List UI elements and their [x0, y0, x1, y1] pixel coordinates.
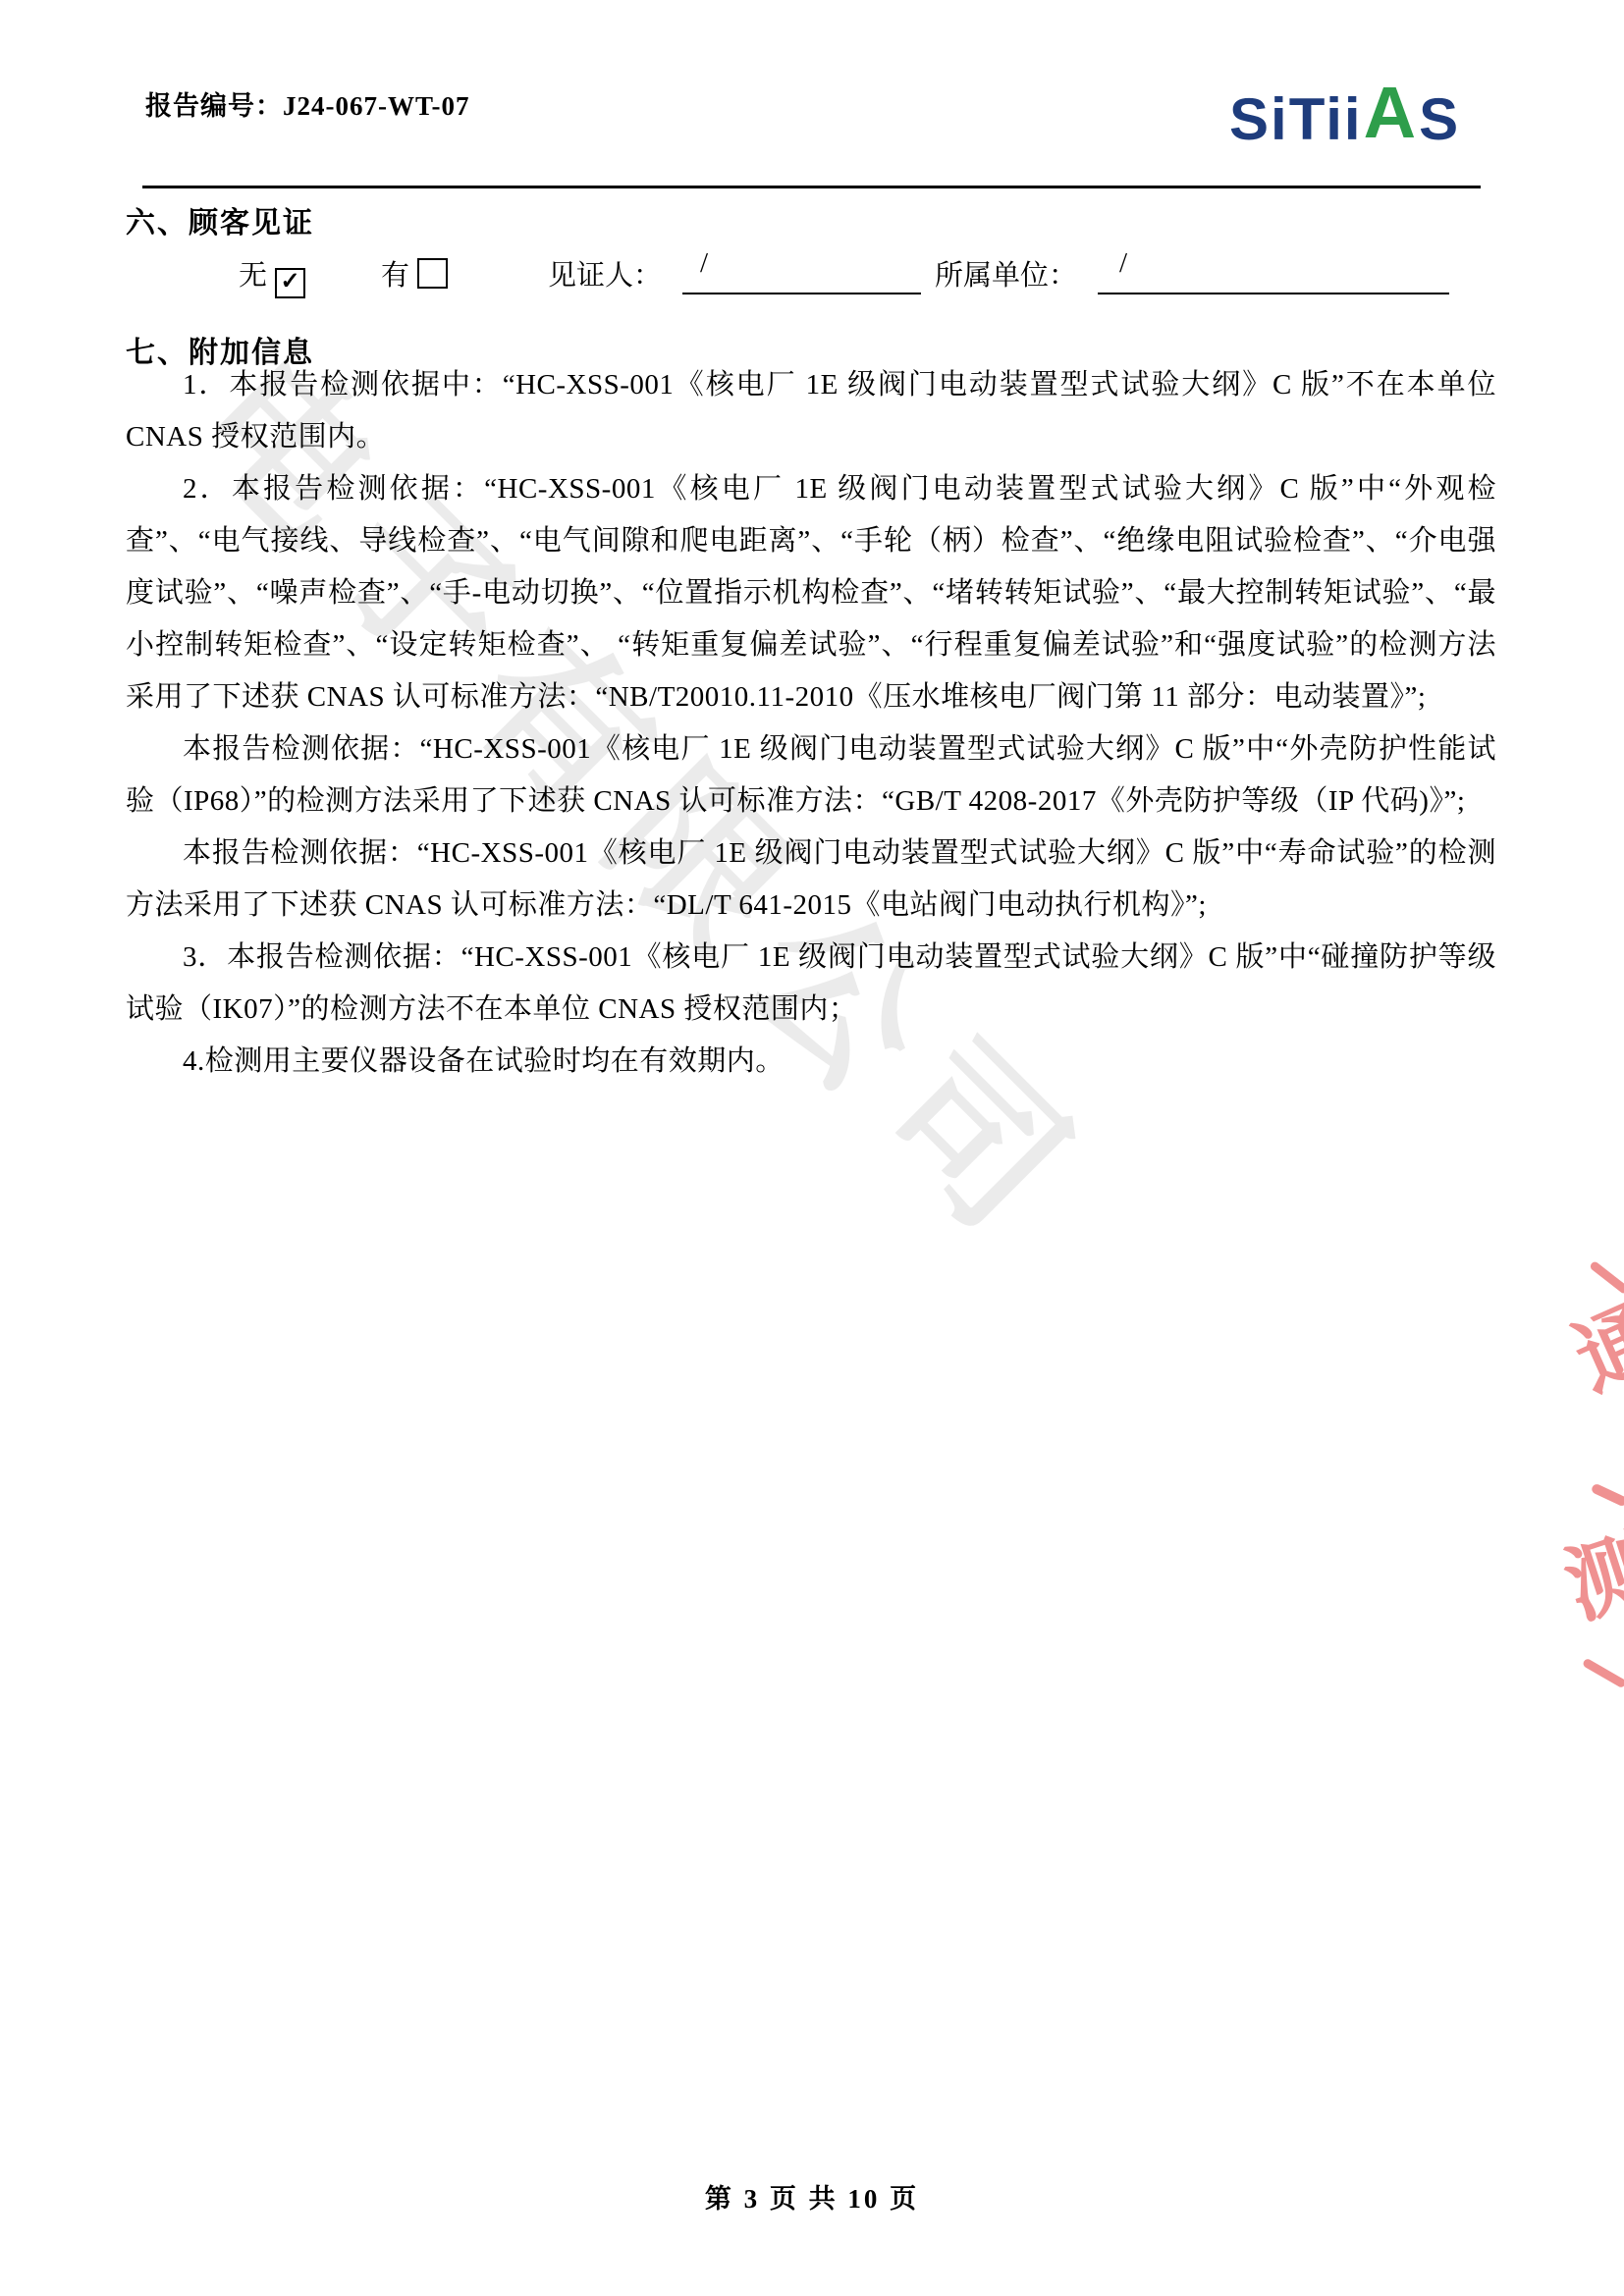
witness-org-field: / [1098, 247, 1449, 294]
stamp-character-fragment: 测 [1556, 1524, 1624, 1630]
logo-text-right: S [1419, 90, 1460, 149]
checkbox-has-empty-icon[interactable] [417, 258, 448, 289]
additional-info-paragraph: 2．本报告检测依据：“HC-XSS-001《核电厂 1E 级阀门电动装置型式试验… [126, 463, 1496, 723]
witness-none-option: 无✓ [239, 253, 305, 298]
witness-org-label: 所属单位： [935, 253, 1077, 294]
section-title-customer-witness: 六、顾客见证 [126, 198, 314, 241]
logo-text-left: SiTii [1229, 90, 1363, 149]
stamp-arc-stroke [1589, 1260, 1624, 1295]
additional-info-paragraph: 本报告检测依据：“HC-XSS-001《核电厂 1E 级阀门电动装置型式试验大纲… [126, 828, 1496, 932]
witness-has-option: 有 [381, 253, 448, 294]
logo-text-mid: A [1364, 77, 1418, 149]
additional-info-paragraph: 4.检测用主要仪器设备在试验时均在有效期内。 [126, 1036, 1496, 1088]
witness-person-field: / [682, 247, 921, 294]
witness-has-label: 有 [381, 260, 409, 292]
witness-row: 无✓ 有 见证人： / 所属单位： / [0, 253, 1624, 312]
witness-person-label: 见证人： [548, 253, 662, 294]
stamp-arc-stroke [1582, 1658, 1624, 1689]
document-page: 电子有限公司 报告编号：J24-067-WT-07 SiTii A S 六、顾客… [0, 0, 1624, 2296]
additional-info-paragraph: 本报告检测依据：“HC-XSS-001《核电厂 1E 级阀门电动装置型式试验大纲… [126, 723, 1496, 828]
header-divider [142, 186, 1481, 188]
stamp-arc-stroke [1591, 1482, 1624, 1507]
sitiias-logo: SiTii A S [1229, 77, 1460, 149]
page-footer: 第 3 页 共 10 页 [0, 2177, 1624, 2216]
additional-info-body: 1．本报告检测依据中：“HC-XSS-001《核电厂 1E 级阀门电动装置型式试… [126, 359, 1496, 1088]
stamp-character-fragment: 通 [1563, 1292, 1624, 1404]
additional-info-paragraph: 3．本报告检测依据：“HC-XSS-001《核电厂 1E 级阀门电动装置型式试验… [126, 932, 1496, 1036]
checkbox-none-checked-icon[interactable]: ✓ [275, 268, 305, 298]
witness-none-label: 无 [239, 260, 267, 292]
report-number: 报告编号：J24-067-WT-07 [145, 84, 470, 123]
additional-info-paragraph: 1．本报告检测依据中：“HC-XSS-001《核电厂 1E 级阀门电动装置型式试… [126, 359, 1496, 463]
